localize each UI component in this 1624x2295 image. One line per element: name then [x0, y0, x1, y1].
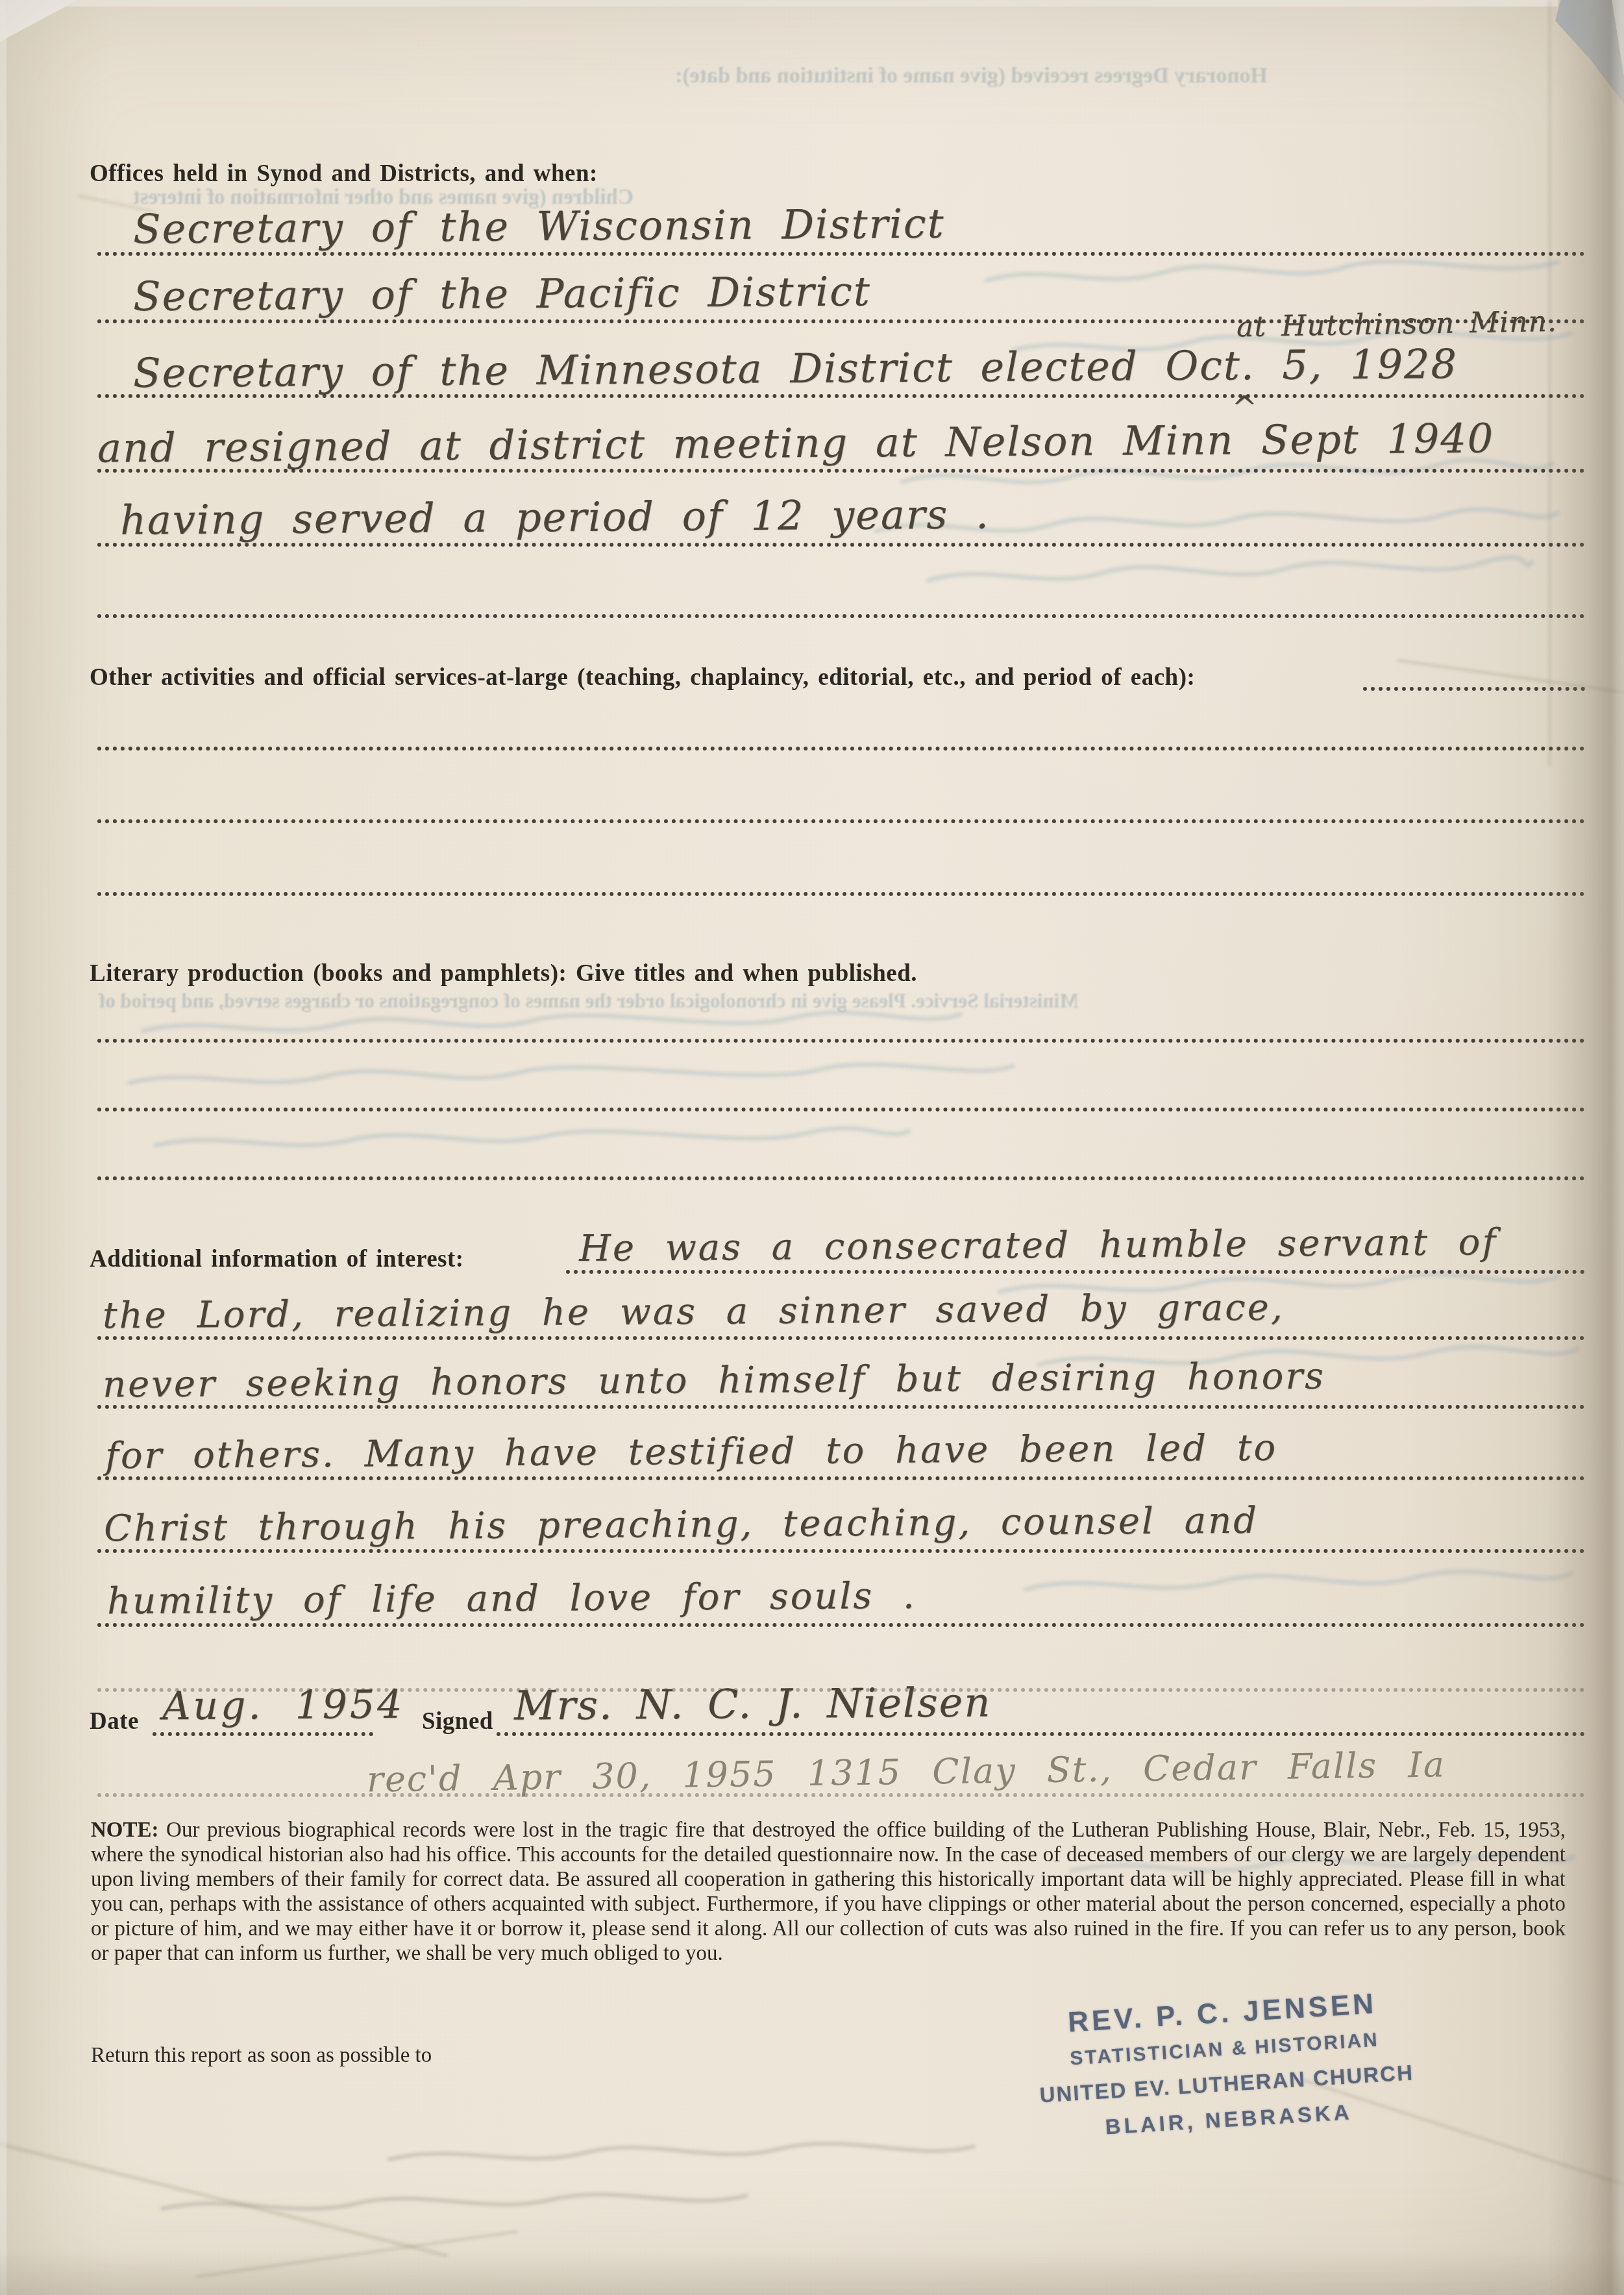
dotted-line [97, 1476, 1585, 1480]
note-paragraph: NOTE: Our previous biographical records … [91, 1818, 1566, 1966]
scanner-corner-top-right-sliver [1602, 0, 1624, 77]
offices-section-label: Offices held in Synod and Districts, and… [90, 160, 598, 188]
literary-section-label: Literary production (books and pamphlets… [90, 960, 917, 987]
other-activities-section-label: Other activities and official services-a… [90, 664, 1195, 691]
additional-entry-2: the Lord, realizing he was a sinner save… [103, 1287, 1285, 1337]
dotted-line [97, 252, 1585, 256]
return-instruction: Return this report as soon as possible t… [91, 2044, 432, 2068]
dotted-line [97, 747, 1585, 751]
dotted-line [97, 1039, 1585, 1043]
date-value-handwritten: Aug. 1954 [162, 1682, 405, 1730]
dotted-line [97, 614, 1585, 618]
scanned-form-page: Honorary Degrees received (give name of … [0, 0, 1624, 2295]
paper-crease-right [1549, 0, 1551, 766]
scanner-corner-top-right [1555, 0, 1624, 104]
paper-edge-bottom [0, 2250, 1624, 2295]
note-text: Our previous biographical records were l… [91, 1818, 1566, 1965]
additional-entry-3: never seeking honors unto himself but de… [103, 1355, 1325, 1406]
additional-entry-6: humility of life and love for souls . [107, 1575, 917, 1623]
offices-entry-2: Secretary of the Pacific District [133, 267, 871, 320]
dotted-line [497, 1732, 1585, 1736]
dotted-line [97, 1108, 1585, 1111]
additional-entry-5: Christ through his preaching, teaching, … [104, 1500, 1259, 1550]
date-label: Date [90, 1707, 139, 1735]
additional-info-section-label: Additional information of interest: [90, 1245, 464, 1273]
dotted-line [97, 892, 1585, 896]
paper-crease-bottom-left [0, 2135, 447, 2257]
additional-entry-4: for others. Many have testified to have … [105, 1427, 1277, 1478]
dotted-line [97, 543, 1585, 547]
dotted-line [97, 394, 1585, 398]
dotted-line [97, 1176, 1585, 1180]
scanner-corner-top-left [0, 0, 78, 42]
dotted-line [153, 1732, 373, 1736]
received-annotation-pencil: rec'd Apr 30, 1955 1315 Clay St., Cedar … [367, 1744, 1446, 1800]
signed-label: Signed [422, 1707, 493, 1735]
rubber-stamp: REV. P. C. JENSEN STATISTICIAN & HISTORI… [1001, 1983, 1449, 2145]
additional-entry-1: He was a consecrated humble servant of [579, 1221, 1497, 1270]
note-label: NOTE: [91, 1818, 159, 1842]
dotted-line [97, 1549, 1585, 1553]
dotted-line [97, 1336, 1585, 1340]
paper-crease-bottom [196, 2230, 518, 2278]
dotted-line [97, 1623, 1585, 1627]
dotted-line [1363, 687, 1585, 691]
offices-entry-4: and resigned at district meeting at Nels… [97, 414, 1495, 471]
offices-entry-1: Secretary of the Wisconsin District [133, 200, 945, 253]
signature-handwritten: Mrs. N. C. J. Nielsen [514, 1678, 992, 1729]
offices-entry-3: Secretary of the Minnesota District elec… [133, 340, 1458, 397]
scanner-top-edge [45, 0, 1558, 6]
dotted-line [97, 819, 1585, 823]
bleedthrough-print-ministerial: Ministerial Service. Please give in chro… [99, 989, 1079, 1013]
dotted-line [97, 469, 1585, 473]
dotted-line [97, 1405, 1585, 1409]
dotted-line [97, 1793, 1585, 1797]
paper-edge-left [0, 0, 6, 2295]
bleedthrough-print-honorary: Honorary Degrees received (give name of … [675, 64, 1268, 88]
offices-entry-5: having served a period of 12 years . [120, 490, 990, 543]
dotted-line [566, 1270, 1585, 1274]
offices-insertion-note: at Hutchinson Minn. [1236, 305, 1558, 344]
